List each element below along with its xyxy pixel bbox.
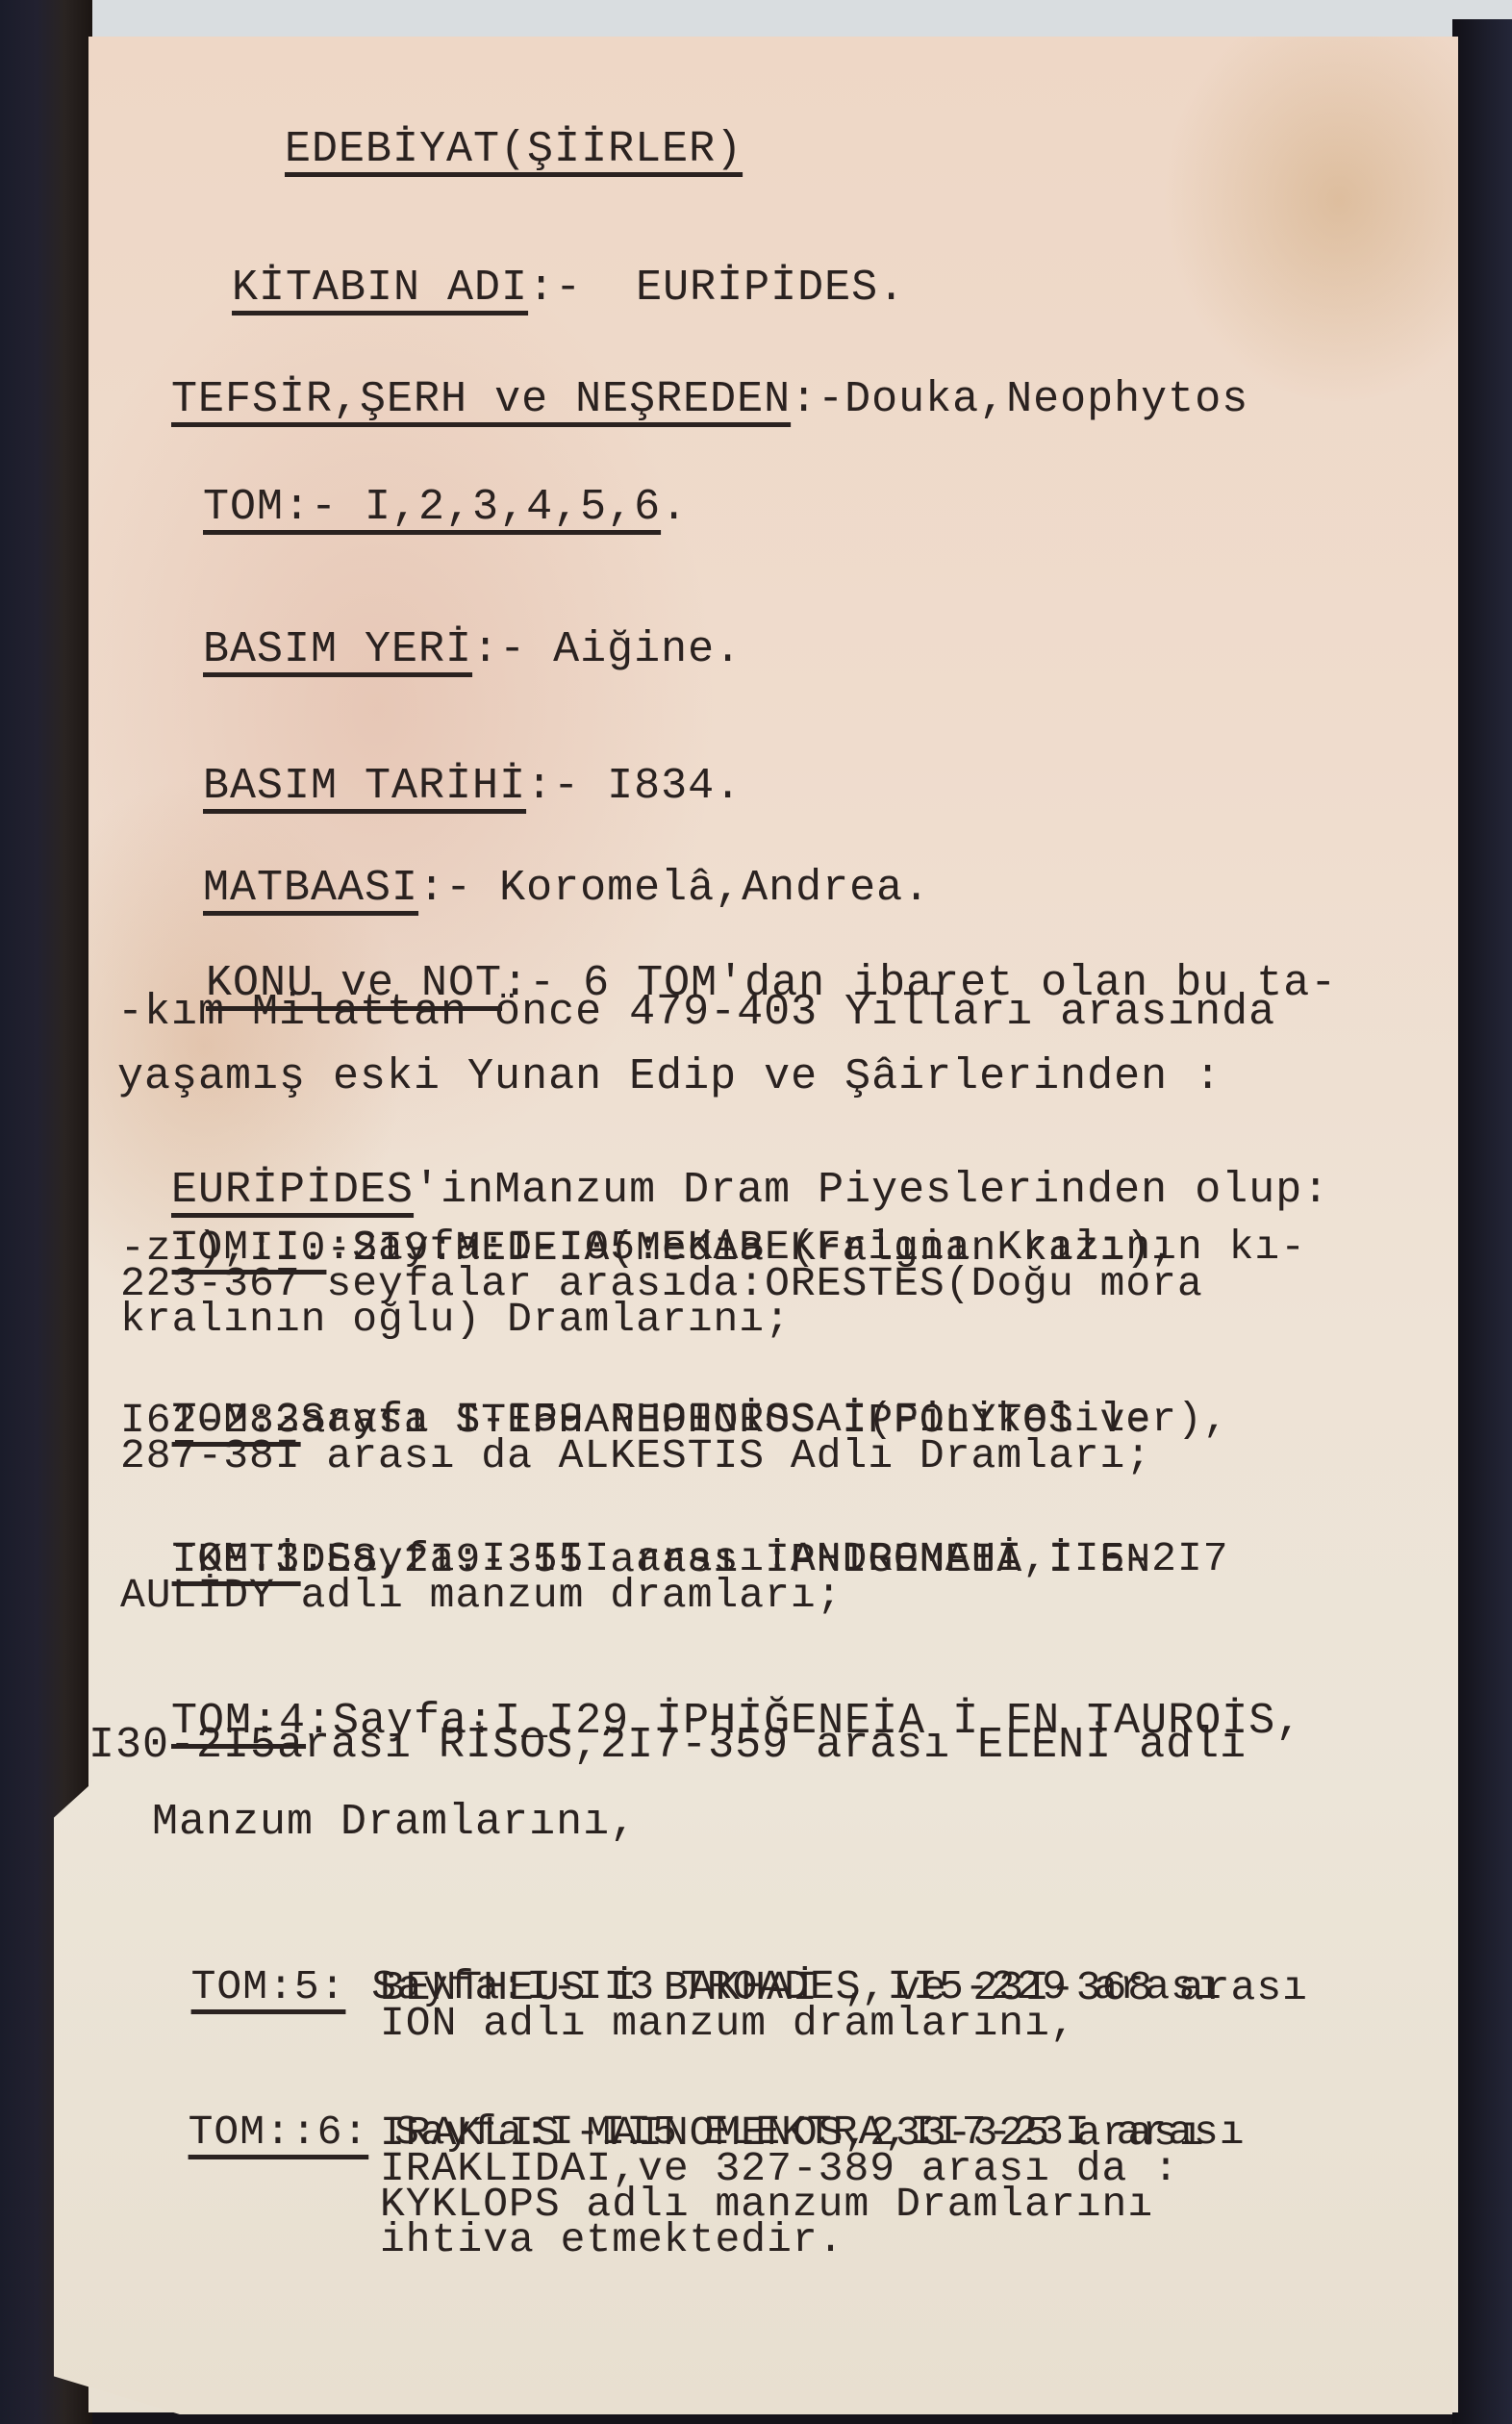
- field-separator: :-: [528, 264, 609, 313]
- field-value: EURİPİDES.: [636, 264, 905, 313]
- volume-label: TOM:5:: [191, 1963, 346, 2010]
- volume-label: TOM::6:: [189, 2108, 369, 2156]
- field-value: :- Koromelâ,Andrea.: [418, 864, 930, 913]
- field-print-place: BASIM YERİ:- Aiğine.: [149, 585, 742, 671]
- field-volumes: TOM:- I,2,3,4,5,6.: [149, 442, 688, 529]
- field-label: TOM:- I,2,3,4,5,6: [203, 483, 661, 532]
- field-label: BASIM TARİHİ: [203, 762, 526, 811]
- volume-line: ihtiva etmektedir.: [380, 2223, 844, 2258]
- book-binding-right: [1452, 19, 1512, 2424]
- field-print-date: BASIM TARİHİ:- I834.: [149, 721, 742, 808]
- field-value: .: [661, 483, 688, 532]
- volume-line: I30-2I5arası RİSOS,2I7-359 arası ELENİ a…: [88, 1724, 1247, 1767]
- volume-line: AULİDY adlı manzum dramları;: [120, 1578, 843, 1613]
- background-surface: [0, 0, 1512, 38]
- volume-line: kralının oğlu) Dramlarını;: [120, 1302, 791, 1337]
- field-value: :-Douka,Neophytos: [791, 375, 1248, 424]
- field-printer: MATBAASI:- Koromelâ,Andrea.: [149, 823, 930, 910]
- field-book-title: KİTABIN ADI:- EURİPİDES.: [178, 223, 905, 310]
- note-line: yaşamış eski Yunan Edip ve Şâirlerinden …: [117, 1055, 1222, 1098]
- field-label: MATBAASI: [203, 864, 418, 913]
- field-editor: TEFSİR,ŞERH ve NEŞREDEN:-Douka,Neophytos: [117, 335, 1248, 421]
- volume-line: 287-38I arası da ALKESTIS Adlı Dramları;: [120, 1439, 1151, 1474]
- heading-text: EDEBİYAT(ŞİİRLER): [285, 125, 743, 174]
- field-label: KİTABIN ADI: [232, 264, 528, 313]
- field-value: :- I834.: [526, 762, 742, 811]
- volume-line: Manzum Dramlarını,: [125, 1801, 637, 1844]
- field-label: BASIM YERİ: [203, 625, 472, 674]
- field-label: TEFSİR,ŞERH ve NEŞREDEN: [171, 375, 791, 424]
- page-title: EDEBİYAT(ŞİİRLER): [231, 85, 743, 171]
- volume-line: ION adlı manzum dramlarını,: [380, 2007, 1076, 2041]
- note-line: -kım Milattan önce 479-403 Yılları arası…: [117, 991, 1275, 1034]
- field-value: :- Aiğine.: [472, 625, 742, 674]
